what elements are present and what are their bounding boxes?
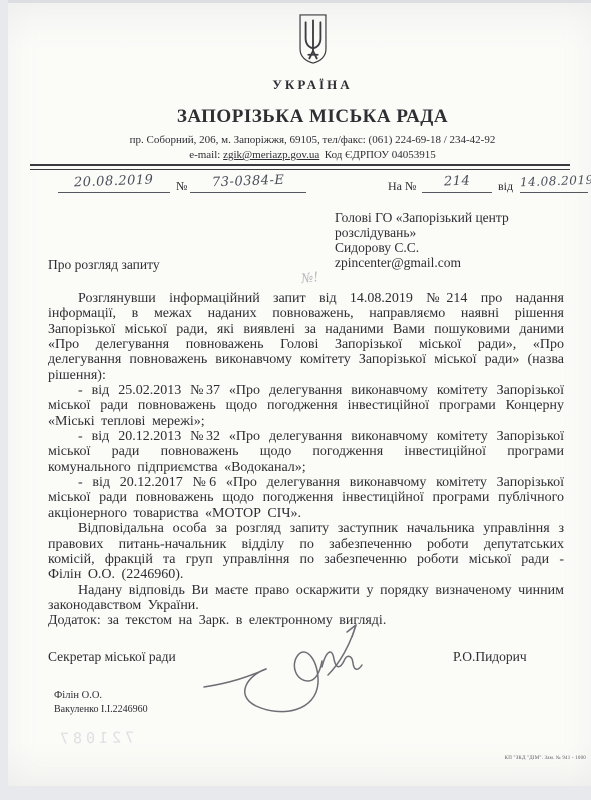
email-label: e-mail: [189,149,220,161]
signer-name: Р.О.Пидорич [453,649,527,665]
body-paragraph: Надану відповідь Ви маєте право оскаржит… [48,583,564,614]
handwritten-signature [200,611,375,726]
organization-name: ЗАПОРІЗЬКА МІСЬКА РАДА [40,106,585,128]
incoming-date-field: 14.08.2019 [520,174,588,193]
number-label: № [176,179,187,194]
signer-position: Секретар міської ради [48,649,176,665]
body-paragraph: - від 20.12.2017 №6 «Про делегування вик… [48,475,564,521]
body-paragraph: Розглянувши інформаційний запит від 14.0… [48,291,564,383]
addressee-email: zpincenter@gmail.com [335,255,565,270]
org-contacts: e-mail: zgik@meriazp.gov.ua Код ЄДРПОУ 0… [40,149,585,161]
body-paragraph: - від 25.02.2013 №37 «Про делегування ви… [48,383,564,429]
addressee-block: Голові ГО «Запорізький центр розслідуван… [335,210,565,270]
in-reply-label: На № [388,179,416,194]
print-shop-footer: КП "ЗКД "ДІМ". Зам. № 941 - 1000 [8,756,586,761]
letter-scan-page: УКРАЇНА ЗАПОРІЗЬКА МІСЬКА РАДА пр. Собор… [8,0,591,789]
org-email: zgik@meriazp.gov.ua [223,149,319,161]
handwritten-margin-note: №! [300,270,319,287]
outgoing-date-handwritten: 20.08.2019 [74,173,154,191]
incoming-number-handwritten: 214 [444,174,471,190]
letter-body: Розглянувши інформаційний запит від 14.0… [48,291,564,629]
header-divider [30,164,570,170]
addressee-line: розслідувань» [335,225,565,240]
ukraine-trident-icon [40,14,585,64]
outgoing-number-field: 73-0384-Е [190,174,306,193]
body-paragraph: Відповідальна особа за розгляд запиту за… [48,521,564,582]
addressee-line: Голові ГО «Запорізький центр [335,210,565,225]
outgoing-date-field: 20.08.2019 [58,174,170,193]
faint-mirrored-stamp: 721087 [56,728,134,747]
executor-contact: Вакуленко І.І.2246960 [54,704,148,715]
addressee-line: Сидорову С.С. [335,240,565,255]
incoming-date-handwritten: 14.08.2019 [520,173,591,190]
edrpou-code: Код ЄДРПОУ 04053915 [325,149,436,161]
incoming-number-field: 214 [422,174,492,193]
body-paragraph: - від 20.12.2013 №32 «Про делегування ви… [48,429,564,475]
scan-background-strip [0,786,591,800]
subject-line: Про розгляд запиту [48,257,160,273]
reference-row: 20.08.2019 № 73-0384-Е На № 214 від 14.0… [8,174,591,200]
outgoing-number-handwritten: 73-0384-Е [212,173,285,191]
from-label: від [498,179,513,194]
org-address: пр. Соборний, 206, м. Запоріжжя, 69105, … [40,134,585,146]
country-name: УКРАЇНА [40,77,585,93]
executor-name: Філін О.О. [54,690,102,701]
